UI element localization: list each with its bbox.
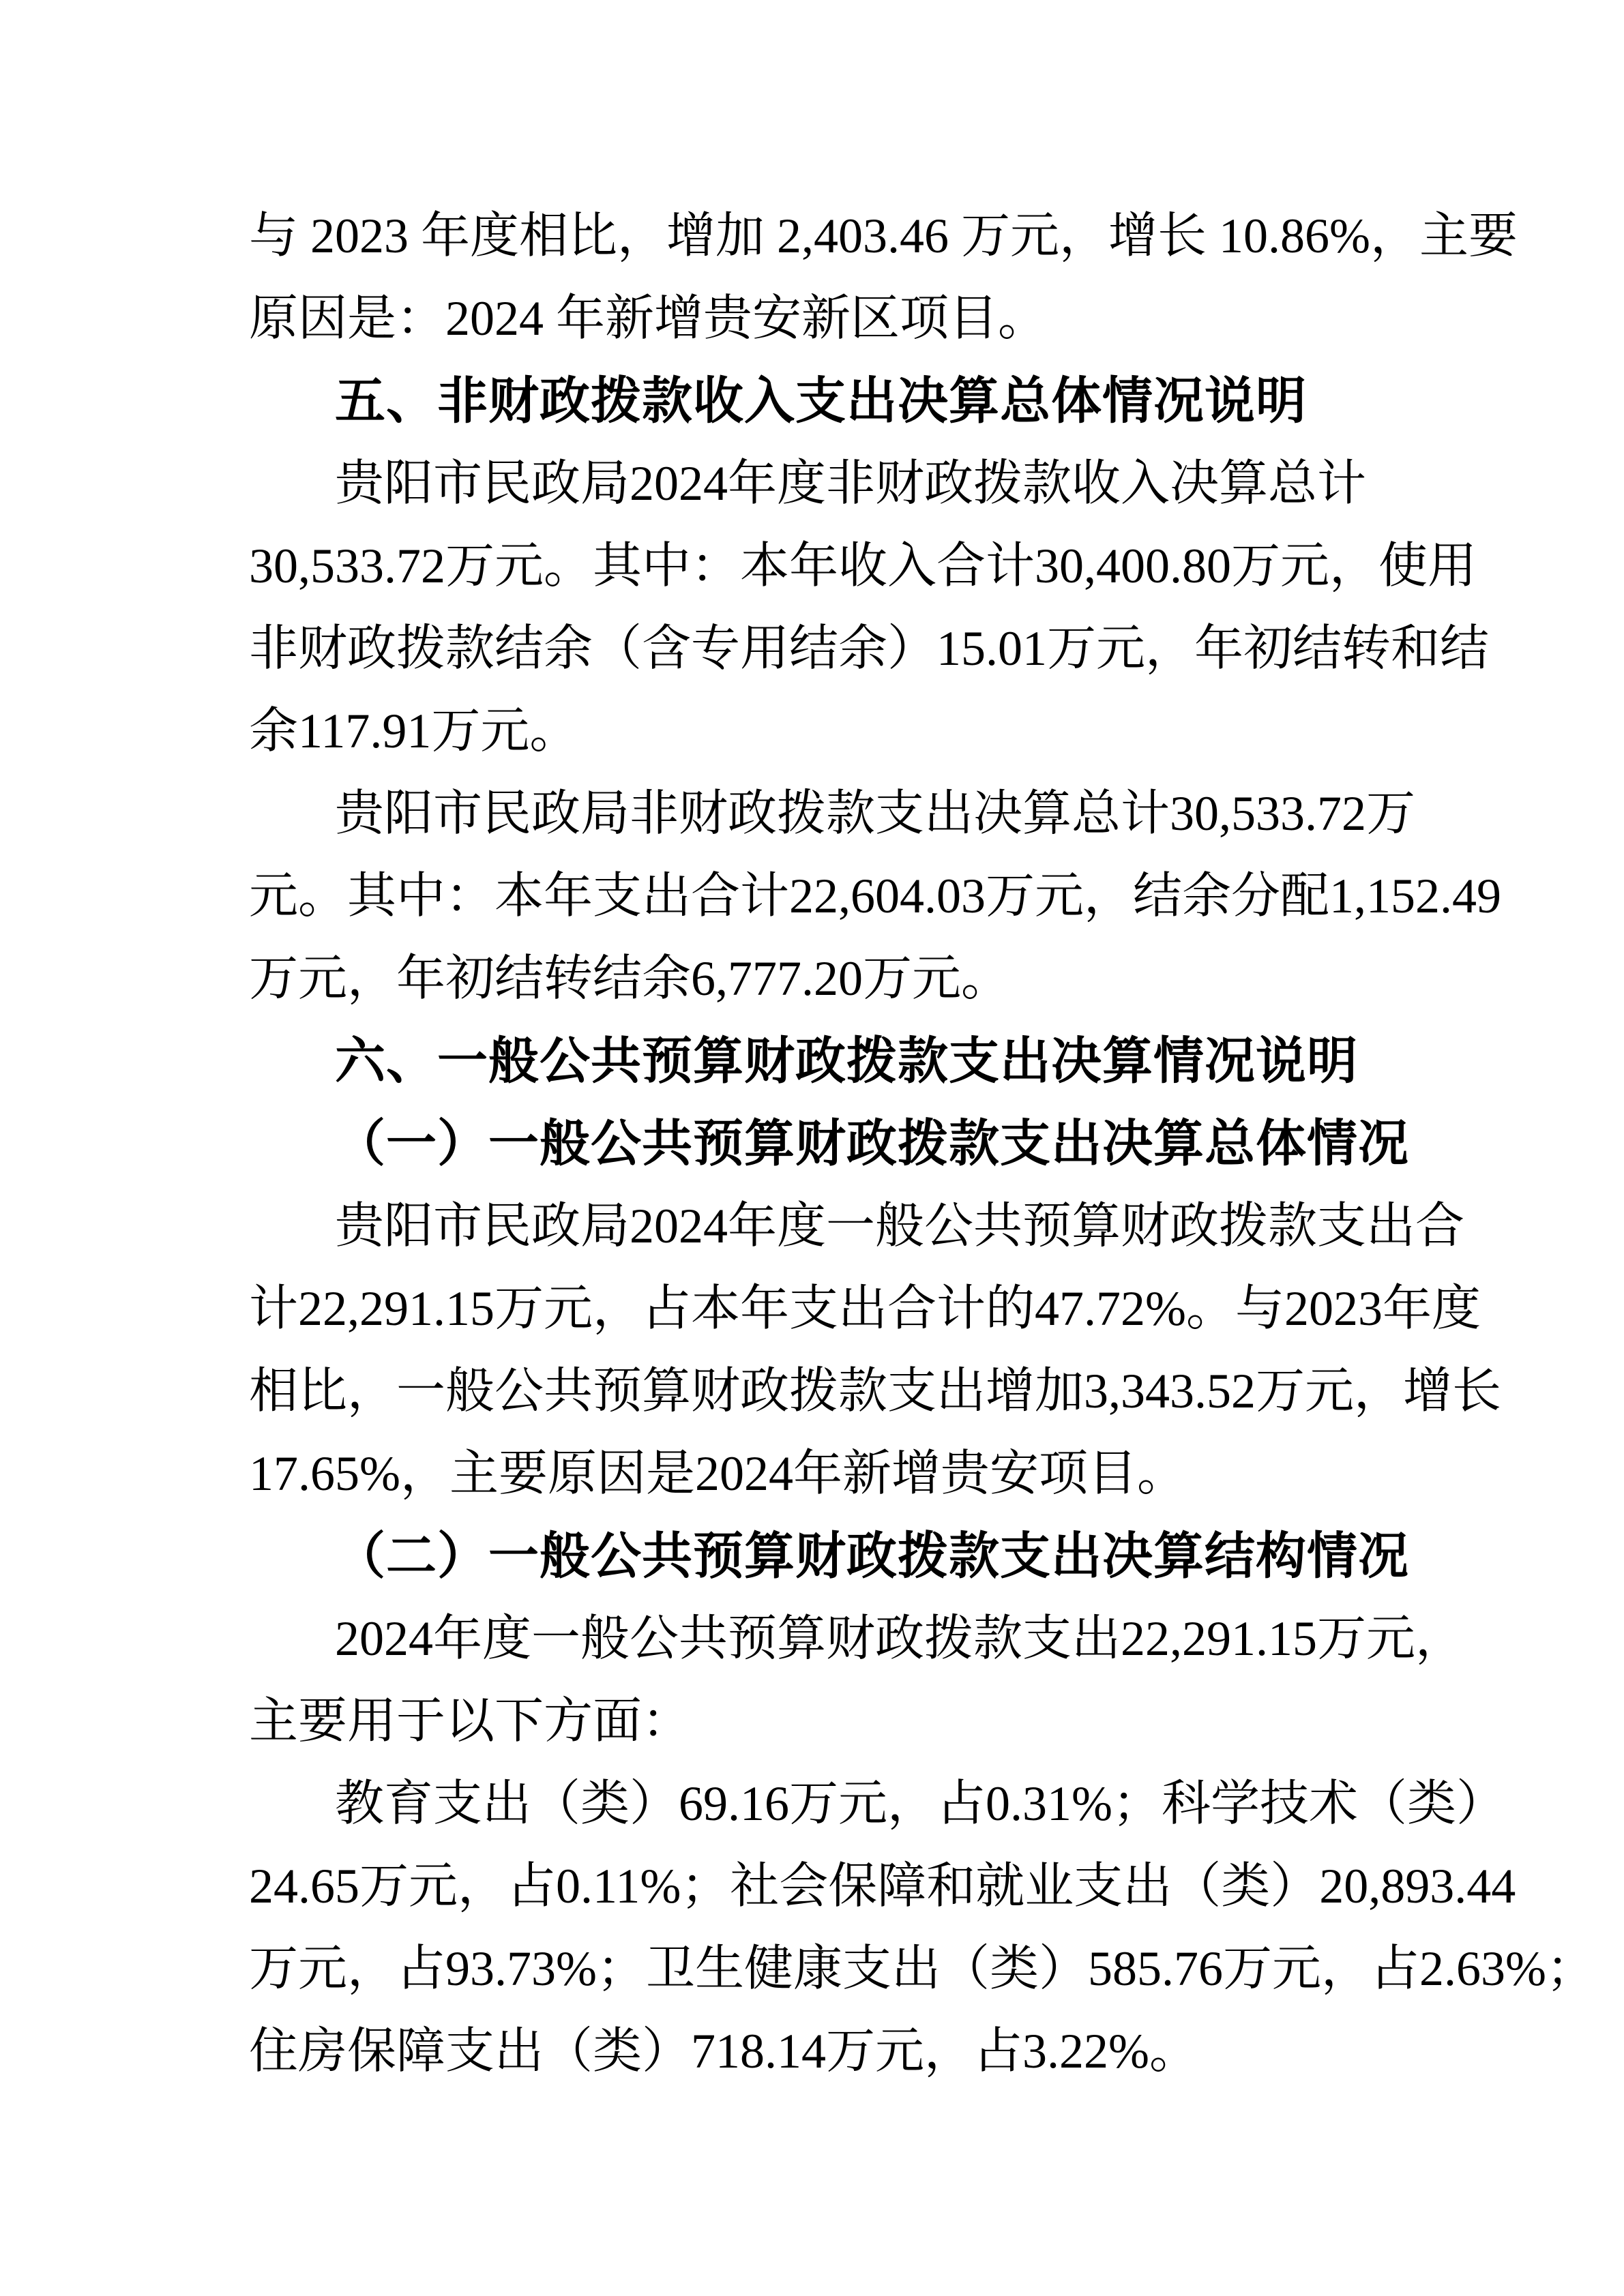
section-heading: （二）一般公共预算财政拨款支出决算结构情况	[249, 1515, 1378, 1598]
text-line: 17.65%，主要原因是2024年新增贵安项目。	[249, 1433, 1378, 1515]
text-line: 主要用于以下方面：	[249, 1680, 1378, 1763]
text-line: 住房保障支出（类）718.14万元，占3.22%。	[249, 2010, 1378, 2093]
section-heading: （一）一般公共预算财政拨款支出决算总体情况	[249, 1103, 1378, 1185]
text-line: 贵阳市民政局2024年度一般公共预算财政拨款支出合	[249, 1185, 1378, 1268]
section-heading: 六、一般公共预算财政拨款支出决算情况说明	[249, 1020, 1378, 1103]
text-line: 元。其中：本年支出合计22,604.03万元，结余分配1,152.49	[249, 855, 1378, 938]
document-body: 与 2023 年度相比，增加 2,403.46 万元，增长 10.86%，主要原…	[249, 195, 1378, 2093]
section-heading: 五、非财政拨款收入支出决算总体情况说明	[249, 360, 1378, 443]
text-line: 万元，年初结转结余6,777.20万元。	[249, 938, 1378, 1020]
text-line: 万元，占93.73%；卫生健康支出（类）585.76万元，占2.63%；	[249, 1928, 1378, 2010]
text-line: 计22,291.15万元，占本年支出合计的47.72%。与2023年度	[249, 1268, 1378, 1350]
text-line: 贵阳市民政局非财政拨款支出决算总计30,533.72万	[249, 773, 1378, 855]
text-line: 非财政拨款结余（含专用结余）15.01万元，年初结转和结	[249, 608, 1378, 690]
text-line: 教育支出（类）69.16万元，占0.31%；科学技术（类）	[249, 1763, 1378, 1845]
document-page: 与 2023 年度相比，增加 2,403.46 万元，增长 10.86%，主要原…	[0, 0, 1624, 2296]
text-line: 与 2023 年度相比，增加 2,403.46 万元，增长 10.86%，主要	[249, 195, 1378, 278]
text-line: 贵阳市民政局2024年度非财政拨款收入决算总计	[249, 443, 1378, 525]
text-line: 24.65万元，占0.11%；社会保障和就业支出（类）20,893.44	[249, 1845, 1378, 1928]
text-line: 30,533.72万元。其中：本年收入合计30,400.80万元，使用	[249, 525, 1378, 608]
text-line: 原因是：2024 年新增贵安新区项目。	[249, 278, 1378, 360]
text-line: 相比，一般公共预算财政拨款支出增加3,343.52万元，增长	[249, 1350, 1378, 1433]
text-line: 2024年度一般公共预算财政拨款支出22,291.15万元，	[249, 1598, 1378, 1680]
text-line: 余117.91万元。	[249, 690, 1378, 773]
